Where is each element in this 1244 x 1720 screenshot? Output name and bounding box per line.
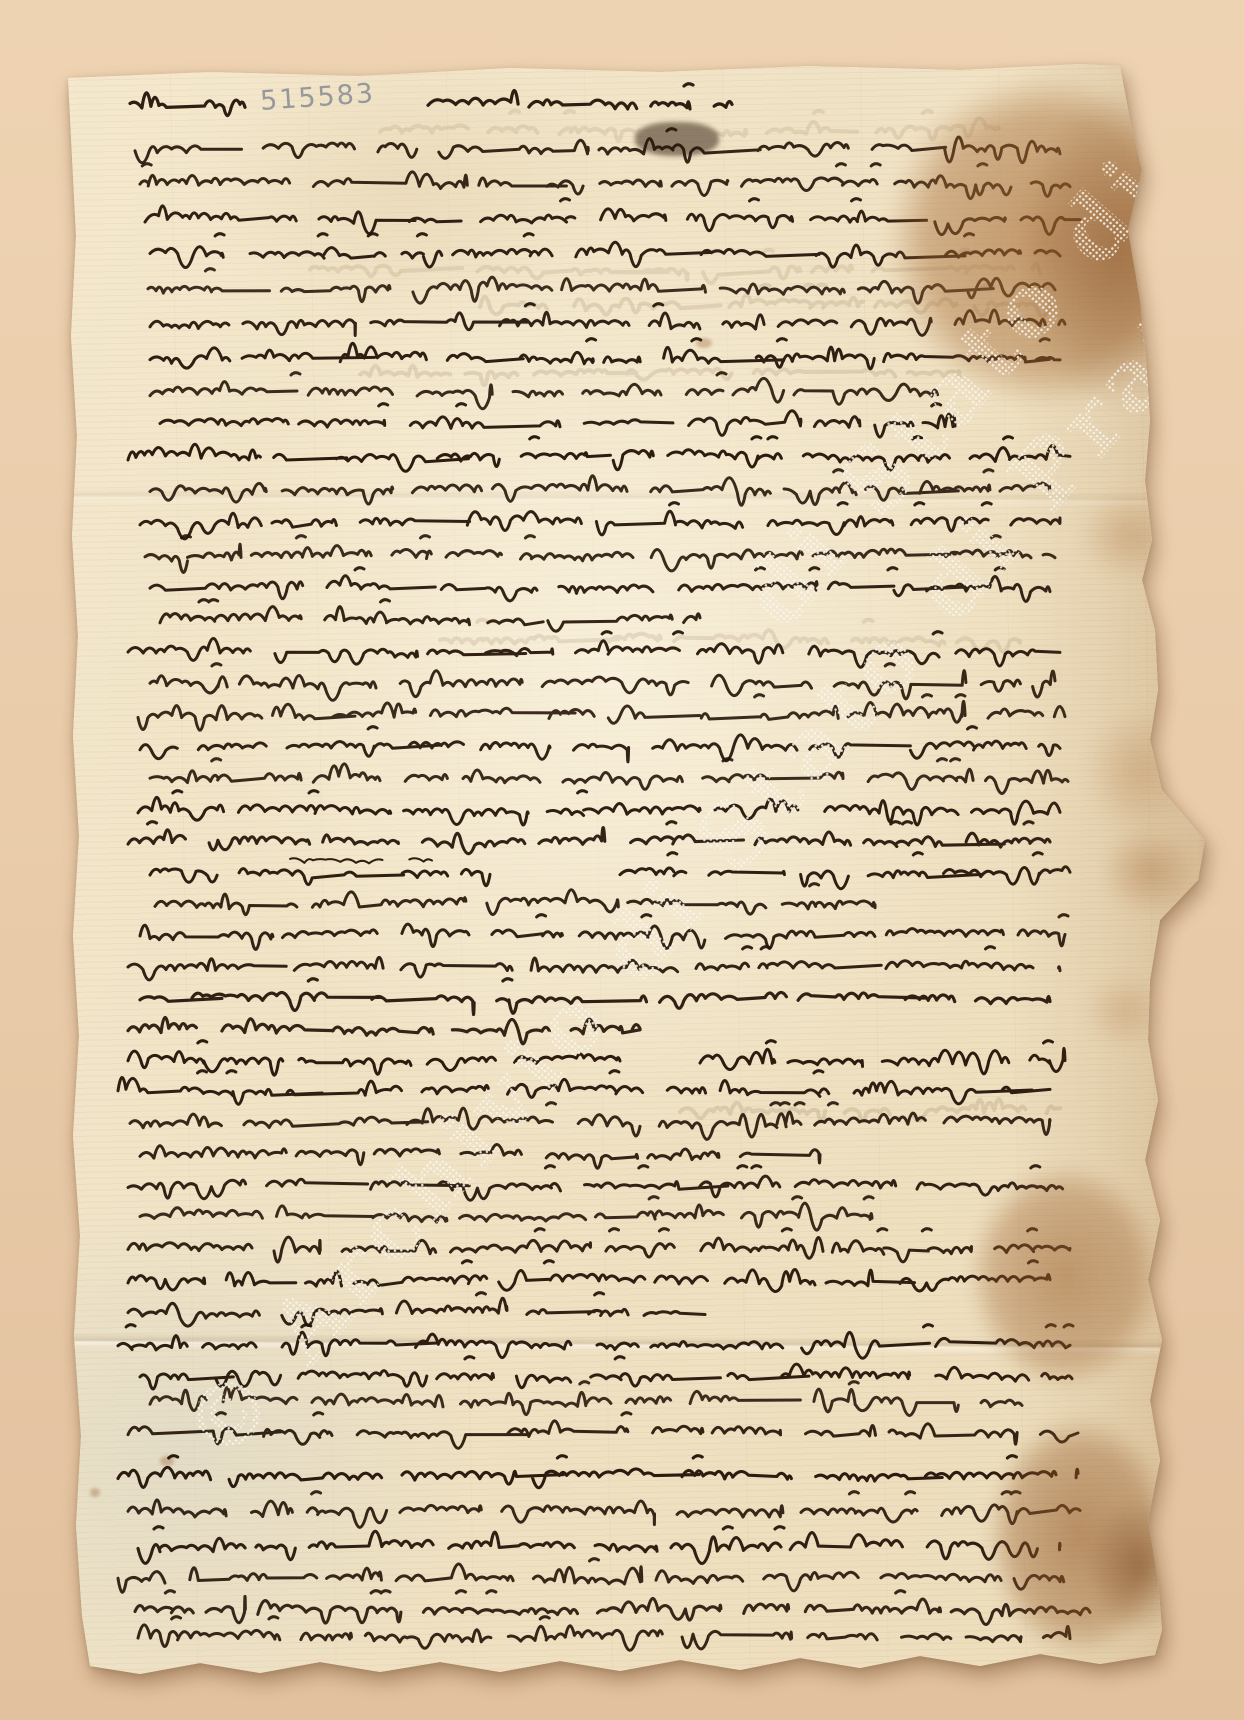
handwriting-line [118,1559,1064,1593]
manuscript-page-wrap: © Archivio di Stato di Prato di Stato di… [60,56,1210,1681]
handwriting-line [150,470,1050,506]
handwriting-line [160,404,955,437]
handwriting-line [128,1166,1063,1201]
handwriting-line [128,1293,705,1326]
handwriting-line [140,1145,820,1169]
handwriting-line [150,853,1070,889]
handwriting-line [150,373,938,409]
handwriting-line [140,1197,873,1230]
handwriting-line [138,695,1065,731]
show-through-ghost-line [380,111,999,141]
handwriting-line [140,1357,1072,1389]
handwriting-ink [60,56,1210,1681]
handwriting-line [118,1325,1073,1358]
handwriting-line [140,979,1050,1015]
scanned-manuscript-photo: { "scene": { "backdrop_top_color": "#eed… [0,0,1244,1720]
handwriting-line [290,858,432,863]
handwriting-line [150,568,1050,602]
handwriting-line [140,164,1070,199]
handwriting-line [128,822,1050,854]
handwriting-line [128,1492,1080,1528]
manuscript-page: © Archivio di Stato di Prato di Stato di… [60,56,1210,1681]
handwriting-line [118,1071,1050,1105]
handwriting-line [128,1229,1070,1262]
handwriting-line [140,503,1060,539]
handwriting-line [150,664,1055,701]
handwriting-line [150,234,1060,268]
handwriting-line [160,600,700,631]
handwriting-line [145,199,1080,235]
handwriting-line [138,1617,1070,1651]
handwriting-line [128,1413,1078,1449]
handwriting-line [140,727,1060,762]
handwriting-line [138,791,1060,825]
handwriting-line [130,1103,1050,1140]
handwriting-line [150,759,1068,794]
handwriting-line [128,947,1060,980]
handwriting-line [145,536,1055,573]
handwriting-line [128,1041,1065,1075]
handwriting-line [130,84,732,116]
handwriting-line [138,1527,1060,1564]
handwriting-line [155,884,875,915]
handwriting-line [150,339,1060,369]
handwriting-line [128,1261,1050,1292]
handwriting-line [128,437,1070,472]
handwriting-line [140,915,1068,950]
handwriting-line [150,1382,1022,1416]
handwriting-line [118,1456,1078,1488]
handwriting-line [135,129,1060,163]
